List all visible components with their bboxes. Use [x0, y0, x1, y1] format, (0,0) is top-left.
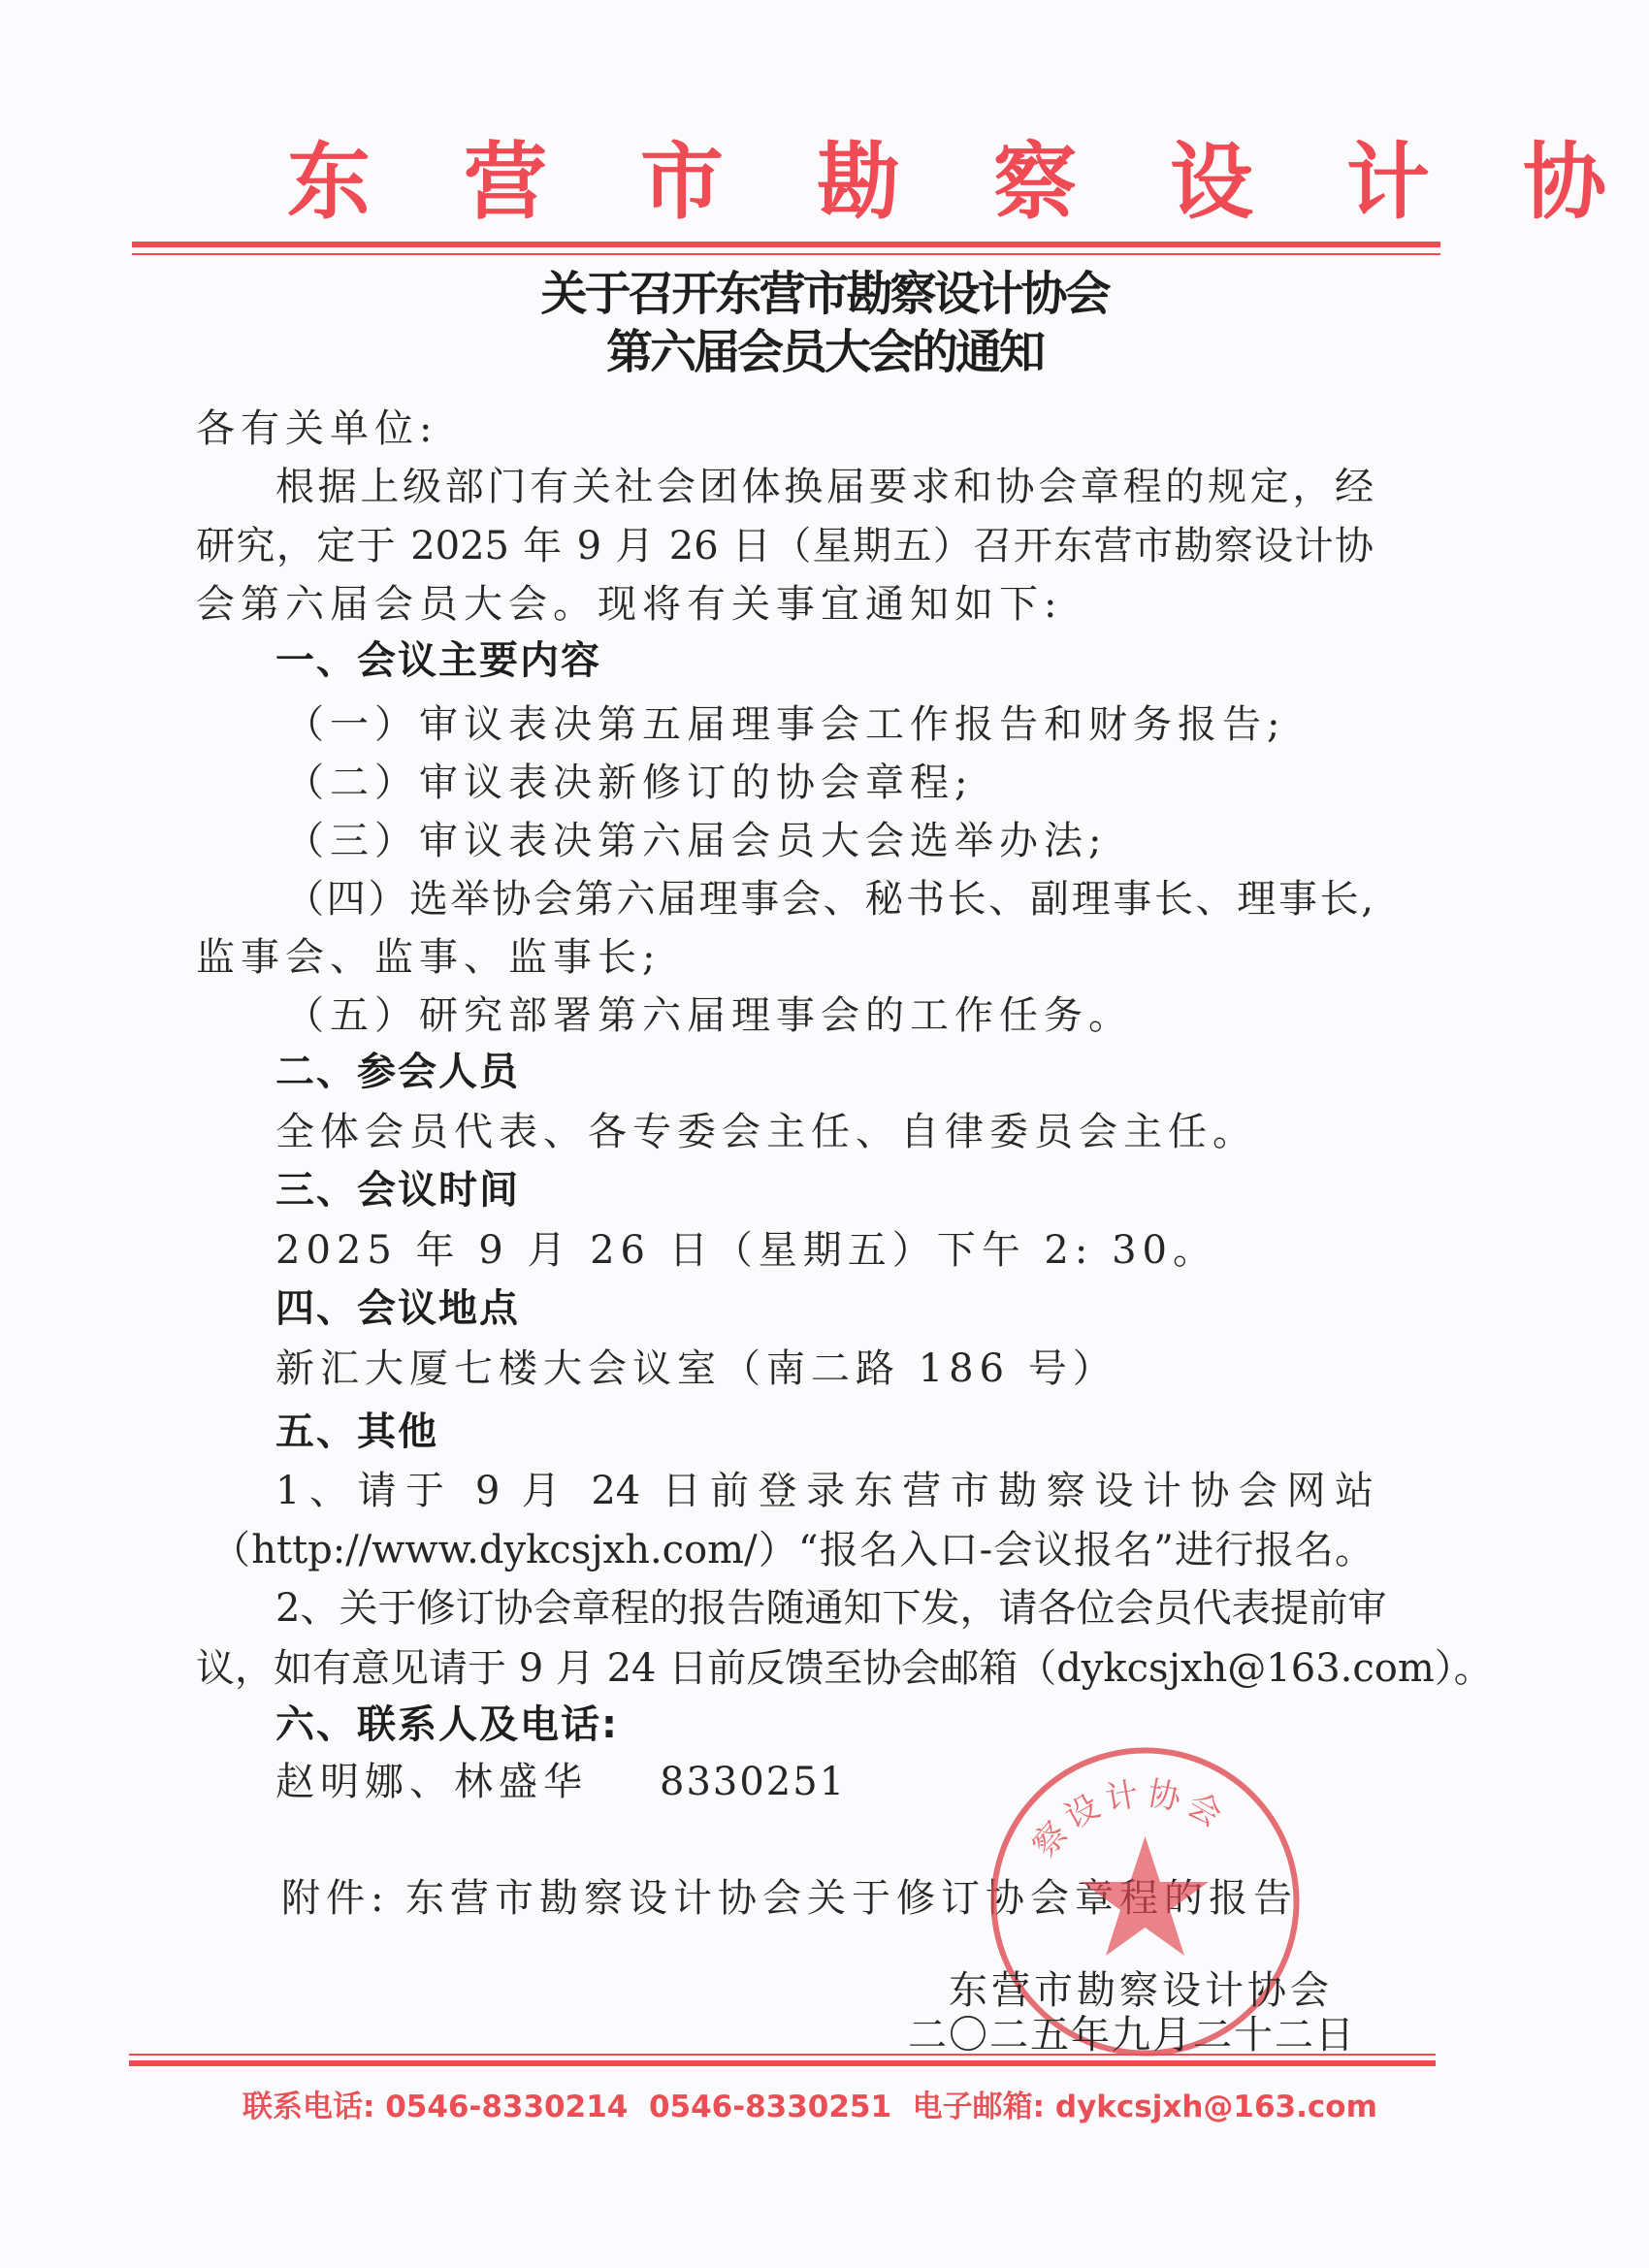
section-2-text: 全体会员代表、各专委会主任、自律委员会主任。 [275, 1109, 1257, 1155]
section-4-text: 新汇大厦七楼大会议室（南二路 186 号） [275, 1345, 1117, 1392]
section-1-item-5: （五）研究部署第六届理事会的工作任务。 [285, 992, 1133, 1039]
section-1-item-4-line-1: （四）选举协会第六届理事会、秘书长、副理事长、理事长, [285, 876, 1374, 923]
section-1-item-1: （一）审议表决第五届理事会工作报告和财务报告; [285, 701, 1285, 748]
section-1-item-2: （二）审议表决新修订的协会章程; [285, 760, 973, 806]
footer-phone-1: 0546-8330214 [385, 2090, 628, 2124]
section-5-point-1-line-1: 1、请于 9 月 24 日前登录东营市勘察设计协会网站 [275, 1468, 1374, 1514]
footer-email-label: 电子邮箱: [913, 2090, 1045, 2124]
letterhead-org-name: 东营市勘察设计协会 [194, 114, 1455, 235]
intro-line-1: 根据上级部门有关社会团体换届要求和协会章程的规定，经 [275, 464, 1374, 510]
signature-date: 二〇二五年九月二十二日 [908, 2004, 1356, 2059]
header-rule-thick [132, 242, 1440, 247]
header-rule-thin [132, 253, 1440, 255]
document-title-line-1: 关于召开东营市勘察设计协会 [0, 256, 1649, 323]
attachment-title: 东营市勘察设计协会关于修订协会章程的报告 [405, 1875, 1298, 1922]
footer-rule-thin [129, 2054, 1436, 2056]
document-title-line-2: 第六届会员大会的通知 [0, 314, 1649, 381]
intro-line-2: 研究，定于 2025 年 9 月 26 日（星期五）召开东营市勘察设计协 [196, 523, 1374, 569]
contact-names: 赵明娜、林盛华 [275, 1759, 588, 1805]
section-5-point-2-line-1: 2、关于修订协会章程的报告随通知下发，请各位会员代表提前审 [275, 1585, 1374, 1632]
section-1-heading: 一、会议主要内容 [275, 637, 601, 684]
salutation: 各有关单位: [196, 405, 437, 452]
section-3-heading: 三、会议时间 [275, 1167, 520, 1214]
section-1-item-3: （三）审议表决第六届会员大会选举办法; [285, 818, 1107, 864]
section-3-text: 2025 年 9 月 26 日（星期五）下午 2: 30。 [275, 1227, 1217, 1274]
section-2-heading: 二、参会人员 [275, 1049, 520, 1095]
attachment-label: 附件: [281, 1875, 389, 1922]
footer-email: dykcsjxh@163.com [1055, 2090, 1377, 2124]
footer-phone-label: 联系电话: [242, 2090, 374, 2124]
section-1-item-4-line-2: 监事会、监事、监事长; [196, 934, 661, 981]
footer-rule-thick [129, 2060, 1436, 2066]
section-6-heading: 六、联系人及电话: [275, 1701, 619, 1748]
footer-contact: 联系电话: 0546-8330214 0546-8330251 电子邮箱: dy… [242, 2082, 1377, 2125]
footer-phone-2: 0546-8330251 [649, 2090, 891, 2124]
section-4-heading: 四、会议地点 [275, 1285, 520, 1332]
svg-text:察设计协会: 察设计协会 [1025, 1774, 1234, 1865]
section-5-heading: 五、其他 [275, 1409, 438, 1455]
section-5-point-1-line-2: （http://www.dykcsjxh.com/）“报名入口-会议报名”进行报… [211, 1527, 1374, 1573]
section-5-point-2-line-2: 议，如有意见请于 9 月 24 日前反馈至协会邮箱（dykcsjxh@163.c… [196, 1645, 1374, 1692]
intro-line-3: 会第六届会员大会。现将有关事宜通知如下: [196, 581, 1062, 628]
contact-phone: 8330251 [660, 1759, 846, 1805]
